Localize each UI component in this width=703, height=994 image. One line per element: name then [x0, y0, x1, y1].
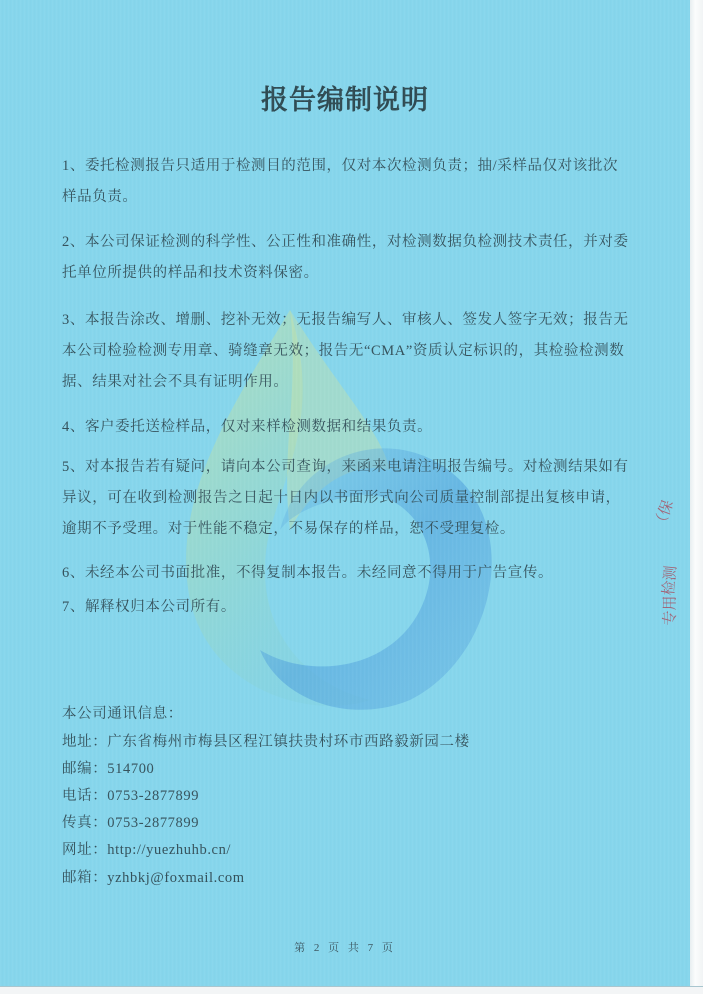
clause-7: 7、解释权归本公司所有。 — [62, 592, 632, 623]
contact-postcode: 邮编：514700 — [62, 759, 154, 779]
page-indicator: 第 2 页 共 7 页 — [0, 939, 690, 955]
contact-fax: 传真：0753-2877899 — [62, 813, 199, 833]
clause-5: 5、对本报告若有疑问，请向本公司查询，来函来电请注明报告编号。对检测结果如有异议… — [62, 452, 632, 545]
page-right-margin — [690, 0, 703, 994]
page-bottom-margin — [0, 986, 703, 994]
document-title: 报告编制说明 — [0, 78, 690, 117]
clause-4: 4、客户委托送检样品，仅对来样检测数据和结果负责。 — [62, 412, 632, 443]
contact-address: 地址：广东省梅州市梅县区程江镇扶贵村环市西路毅新园二楼 — [62, 732, 470, 752]
seal-fragment-bottom: 专用 — [659, 595, 680, 625]
seal-fragment-middle: 检测 — [657, 565, 681, 597]
clause-3: 3、本报告涂改、增删、挖补无效；无报告编写人、审核人、签发人签字无效；报告无本公… — [62, 305, 632, 398]
clause-1: 1、委托检测报告只适用于检测目的范围，仅对本次检测负责；抽/采样品仅对该批次样品… — [62, 151, 632, 213]
clause-2: 2、本公司保证检测的科学性、公正性和准确性，对检测数据负检测技术责任，并对委托单… — [62, 227, 632, 289]
seal-fragment-top: （保 — [648, 497, 678, 532]
contact-heading: 本公司通讯信息： — [62, 704, 183, 724]
contact-email[interactable]: 邮箱：yzhbkj@foxmail.com — [62, 868, 245, 888]
contact-phone: 电话：0753-2877899 — [62, 786, 199, 806]
document-page: 报告编制说明 1、委托检测报告只适用于检测目的范围，仅对本次检测负责；抽/采样品… — [0, 0, 690, 986]
clause-6: 6、未经本公司书面批准，不得复制本报告。未经同意不得用于广告宣传。 — [62, 558, 632, 589]
partial-red-seal: （保 检测 专用 — [648, 500, 690, 650]
contact-website[interactable]: 网址：http://yuezhuhb.cn/ — [62, 840, 231, 860]
